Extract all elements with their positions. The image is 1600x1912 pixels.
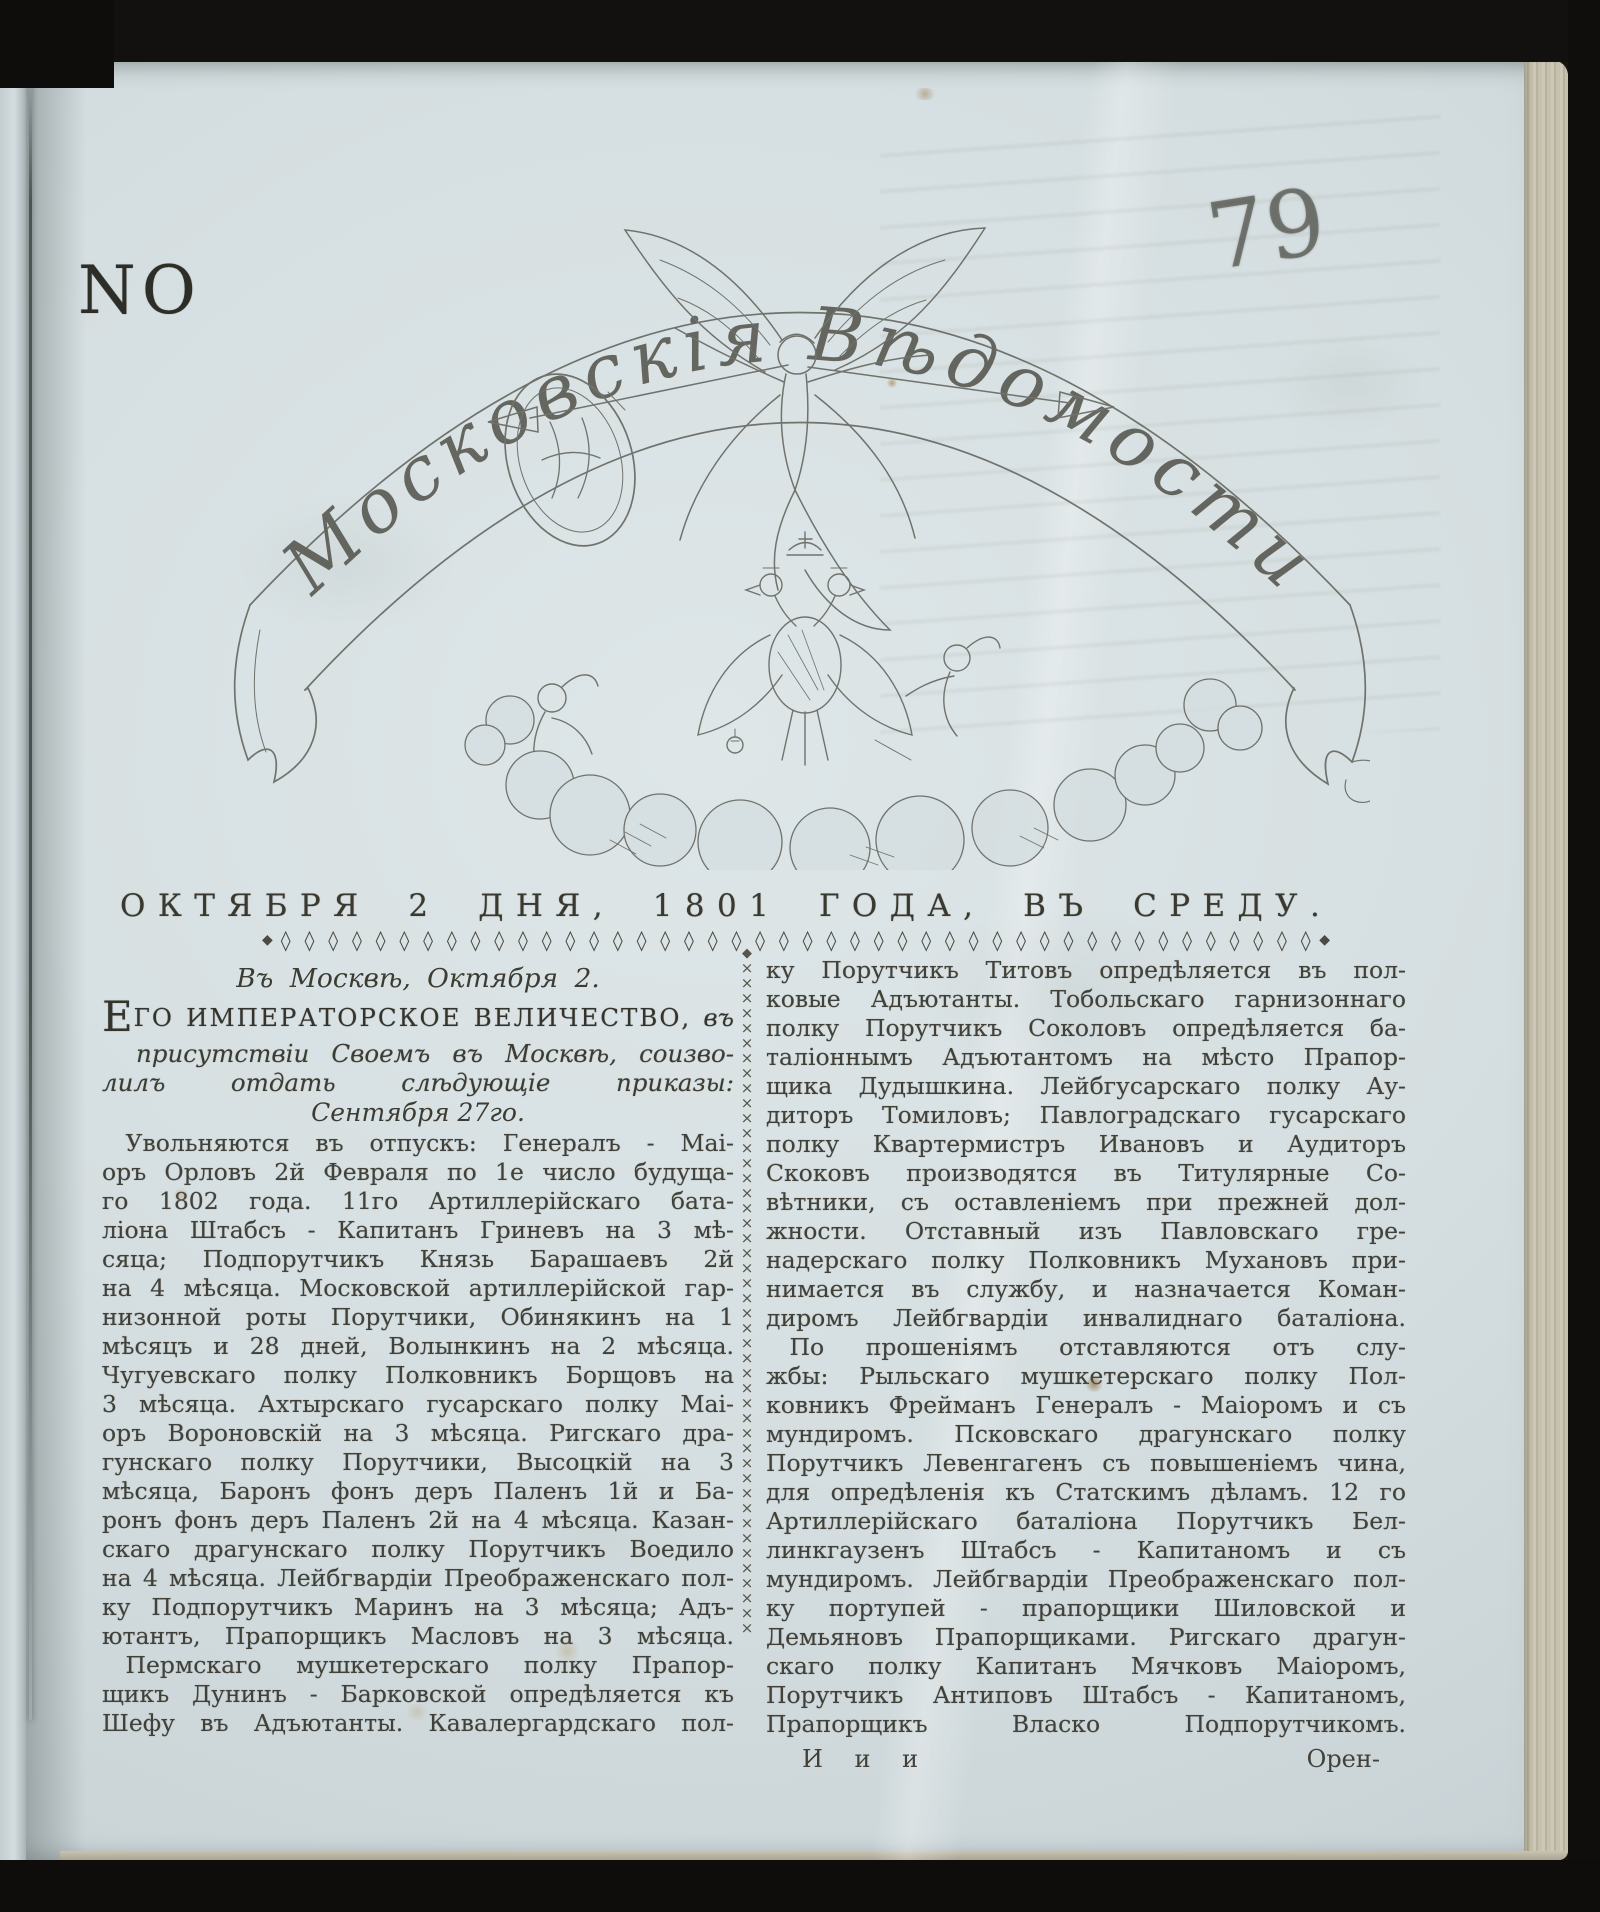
rule-chain: ◊◊◊◊◊◊◊◊◊◊◊◊◊◊◊◊◊◊◊◊◊◊◊◊◊◊◊◊◊◊◊◊◊◊◊◊◊◊◊◊… <box>281 930 1311 950</box>
ornament-glyph: ◊ <box>376 930 386 950</box>
text-line: мундиромъ. Лейбгвардіи Преображенскаго п… <box>766 1565 1406 1594</box>
ornament-glyph: ◊ <box>518 930 528 950</box>
ornament-glyph: ◊ <box>471 930 481 950</box>
text-line: щикъ Дунинъ - Барковской опредѣляется къ <box>102 1680 734 1709</box>
gutter-shadow <box>26 60 86 1860</box>
rule-end-icon: ◆ <box>1319 932 1330 948</box>
ornament-glyph: ◊ <box>708 930 718 950</box>
text-line: вѣтники, съ оставленіемъ при прежней дол… <box>766 1188 1406 1217</box>
text-line: Пермскаго мушкетерскаго полку Прапор- <box>102 1651 734 1680</box>
text-line: Демьяновъ Прапорщиками. Ригскаго драгун- <box>766 1623 1406 1652</box>
text-line: оръ Орловъ 2й Февраля по 1е число будуща… <box>102 1158 734 1187</box>
book-photo: NO 79 Московскія Вѣдомости <box>0 0 1600 1912</box>
text-line: ку Порутчикъ Титовъ опредѣляется въ пол- <box>766 956 1406 985</box>
text-line: ку Подпорутчикъ Маринъ на 3 мѣсяца; Адъ- <box>102 1593 734 1622</box>
ornament-glyph: ◊ <box>542 930 552 950</box>
text-line: оръ Вороновскій на 3 мѣсяца. Ригскаго др… <box>102 1419 734 1448</box>
cherub-right <box>906 637 1000 736</box>
masthead-title-text: Московскія Вѣдомости <box>265 291 1334 611</box>
text-line: диромъ Лейбгвардіи инвалиднаго баталіона… <box>766 1304 1406 1333</box>
page-edge-stack <box>1524 60 1568 1860</box>
local-dateline: Въ Москвѣ, Октября 2. <box>102 962 734 996</box>
left-column-body: Увольняются въ отпускъ: Генералъ - Маі-о… <box>102 1129 734 1738</box>
ornament-glyph: ◊ <box>1158 930 1168 950</box>
ornament-glyph: ◊ <box>565 930 575 950</box>
text-line: на 4 мѣсяца. Лейбгвардіи Преображенскаго… <box>102 1564 734 1593</box>
headline-caps: ГО ИМПЕРАТОРСКОЕ ВЕЛИЧЕСТВО, <box>134 1003 692 1032</box>
right-column-body: ку Порутчикъ Титовъ опредѣляется въ пол-… <box>766 956 1406 1739</box>
page-footer: И и и Орен- <box>766 1745 1406 1773</box>
text-line: ліона Штабсъ - Капитанъ Гриневъ на 3 мѣ- <box>102 1216 734 1245</box>
text-line: лилъ отдать слѣдующіе приказы: <box>102 1068 734 1097</box>
text-line: мѣсяца, Баронъ фонъ деръ Паленъ 1й и Ба- <box>102 1477 734 1506</box>
headline-tail: въ <box>703 1003 734 1032</box>
text-line: присутствіи Своемъ въ Москвѣ, соизво- <box>102 1039 734 1068</box>
text-line: Прапорщикъ Власко Подпорутчикомъ. <box>766 1710 1406 1739</box>
photo-frame-top <box>0 0 1600 62</box>
clouds <box>465 679 1262 870</box>
text-line: ронъ фонъ деръ Паленъ 2й на 4 мѣсяца. Ка… <box>102 1506 734 1535</box>
ornament-glyph: ◊ <box>589 930 599 950</box>
ornament-glyph: ◊ <box>637 930 647 950</box>
ornament-glyph: ◊ <box>992 930 1002 950</box>
text-line: Порутчикъ Антиповъ Штабсъ - Капитаномъ, <box>766 1681 1406 1710</box>
ornament-glyph: ◊ <box>1253 930 1263 950</box>
text-line: полку Квартермистръ Ивановъ и Аудиторъ <box>766 1130 1406 1159</box>
ornament-glyph: ◊ <box>1111 930 1121 950</box>
ornament-glyph: ◊ <box>352 930 362 950</box>
text-line: ку портупей - прапорщики Шиловской и <box>766 1594 1406 1623</box>
text-line: скаго полку Капитанъ Мячковъ Маіоромъ, <box>766 1652 1406 1681</box>
ornament-glyph: ◊ <box>779 930 789 950</box>
proclamation-headline: ЕГО ИМПЕРАТОРСКОЕ ВЕЛИЧЕСТВО, въ <box>102 996 734 1039</box>
text-line: ковникъ Фрейманъ Генералъ - Маіоромъ и с… <box>766 1391 1406 1420</box>
signature-mark: И и и <box>802 1745 930 1773</box>
order-date: Сентября 27го. <box>102 1097 734 1129</box>
photo-frame-corner <box>0 0 114 88</box>
ornament-glyph: ◊ <box>1230 930 1240 950</box>
ornament-glyph: ◊ <box>1087 930 1097 950</box>
text-line: жности. Отставный изъ Павловскаго гре- <box>766 1217 1406 1246</box>
ornament-glyph: ◊ <box>1182 930 1192 950</box>
text-line: ковые Адъютанты. Тобольскаго гарнизоннаг… <box>766 985 1406 1014</box>
adjacent-page-sliver <box>0 60 26 1860</box>
fame-angel-figure <box>488 228 1114 630</box>
ornament-glyph: ◊ <box>423 930 433 950</box>
ornament-glyph: ◊ <box>1064 930 1074 950</box>
ornament-glyph: ◊ <box>328 930 338 950</box>
ornament-glyph: × <box>737 1621 757 1636</box>
text-line: гунскаго полку Порутчики, Высоцкій на 3 <box>102 1448 734 1477</box>
ribbon-tail-left <box>235 605 316 782</box>
text-line: щика Дудышкина. Лейбгусарскаго полку Ау- <box>766 1072 1406 1101</box>
ornament-glyph: ◊ <box>850 930 860 950</box>
text-line: 3 мѣсяца. Ахтырскаго гусарскаго полку Ма… <box>102 1390 734 1419</box>
ornament-glyph: ◊ <box>826 930 836 950</box>
text-line: таліоннымъ Адъютантомъ на мѣсто Прапор- <box>766 1043 1406 1072</box>
ornament-glyph: ◊ <box>305 930 315 950</box>
text-line: Шефу въ Адъютанты. Кавалергардскаго пол- <box>102 1709 734 1738</box>
page-bottom-edge <box>60 1851 1568 1860</box>
text-line: нимается въ службу, и назначается Коман- <box>766 1275 1406 1304</box>
ornament-glyph: ◊ <box>1016 930 1026 950</box>
gutter-crease <box>29 70 32 1720</box>
ornament-glyph: ◊ <box>1277 930 1287 950</box>
text-line: Скоковъ производятся въ Титулярные Со- <box>766 1159 1406 1188</box>
ornament-glyph: ◊ <box>494 930 504 950</box>
text-line: Артиллерійскаго баталіона Порутчикъ Бел- <box>766 1507 1406 1536</box>
ornament-glyph: ◊ <box>1301 930 1311 950</box>
issue-no-label: NO <box>78 252 202 329</box>
text-line: для опредѣленія къ Статскимъ дѣламъ. 12 … <box>766 1478 1406 1507</box>
text-line: жбы: Рыльскаго мушкетерскаго полку Пол- <box>766 1362 1406 1391</box>
text-line: полку Порутчикъ Соколовъ опредѣляется ба… <box>766 1014 1406 1043</box>
ornament-glyph: ◊ <box>613 930 623 950</box>
text-line: го 1802 года. 11го Артиллерійскаго бата- <box>102 1187 734 1216</box>
eagle-wing-right <box>828 635 912 735</box>
text-line: Увольняются въ отпускъ: Генералъ - Маі- <box>102 1129 734 1158</box>
photo-frame-right <box>1568 0 1600 1912</box>
dateline: ОКТЯБРЯ 2 ДНЯ, 1801 ГОДА, ВЪ СРЕДУ. <box>120 886 1320 926</box>
ornament-glyph: ◊ <box>447 930 457 950</box>
ornament-glyph: ◊ <box>969 930 979 950</box>
drop-cap: Е <box>102 992 134 1041</box>
masthead-title: Московскія Вѣдомости <box>265 291 1334 611</box>
ornament-glyph: ◊ <box>803 930 813 950</box>
eagle-wing-left <box>698 635 782 735</box>
ornament-rule: ◆◊◊◊◊◊◊◊◊◊◊◊◊◊◊◊◊◊◊◊◊◊◊◊◊◊◊◊◊◊◊◊◊◊◊◊◊◊◊◊… <box>262 930 1330 950</box>
ornament-glyph: ◊ <box>945 930 955 950</box>
ornament-glyph: ◊ <box>1206 930 1216 950</box>
divider-chain: ××××××××××××××××××××××××××××××××××××××××… <box>737 961 757 1636</box>
text-line: ютантъ, Прапорщикъ Масловъ на 3 мѣсяца. <box>102 1622 734 1651</box>
text-line: линкгаузенъ Штабсъ - Капитаномъ и съ <box>766 1536 1406 1565</box>
left-column: Въ Москвѣ, Октября 2. ЕГО ИМПЕРАТОРСКОЕ … <box>102 962 734 1738</box>
right-column: ку Порутчикъ Титовъ опредѣляется въ пол-… <box>766 956 1406 1773</box>
text-line: По прошеніямъ отставляются отъ слу- <box>766 1333 1406 1362</box>
text-line: сяца; Подпорутчикъ Князь Барашаевъ 2й <box>102 1245 734 1274</box>
text-line: скаго драгунскаго полку Порутчикъ Воедил… <box>102 1535 734 1564</box>
ornament-glyph: ◊ <box>660 930 670 950</box>
text-line: на 4 мѣсяца. Московской артиллерійской г… <box>102 1274 734 1303</box>
text-line: Порутчикъ Левенгагенъ съ повышеніемъ чин… <box>766 1449 1406 1478</box>
ornament-glyph: ◊ <box>921 930 931 950</box>
catchword: Орен- <box>1307 1745 1380 1773</box>
ornament-glyph: ◊ <box>897 930 907 950</box>
text-line: низонной роты Порутчики, Обинякинъ на 1 <box>102 1303 734 1332</box>
text-line: Чугуевскаго полку Полковникъ Борщовъ на <box>102 1361 734 1390</box>
ornament-glyph: ◊ <box>684 930 694 950</box>
ornament-glyph: ◊ <box>399 930 409 950</box>
column-divider: ◆ ××××××××××××××××××××××××××××××××××××××… <box>737 946 757 1636</box>
text-line: надерскаго полку Полковникъ Мухановъ при… <box>766 1246 1406 1275</box>
masthead-engraving: Московскія Вѣдомости <box>230 160 1370 870</box>
ornament-glyph: ◊ <box>1040 930 1050 950</box>
proclamation-intro: присутствіи Своемъ въ Москвѣ, соизво-лил… <box>102 1039 734 1097</box>
text-line: мѣсяцъ и 28 дней, Волынкинъ на 2 мѣсяца. <box>102 1332 734 1361</box>
rule-end-icon: ◆ <box>262 932 273 948</box>
ornament-glyph: ◊ <box>874 930 884 950</box>
photo-frame-bottom <box>0 1860 1600 1912</box>
ornament-glyph: ◊ <box>281 930 291 950</box>
ribbon-tail-right <box>1286 605 1365 784</box>
double-headed-eagle <box>698 532 912 765</box>
text-line: диторъ Томиловъ; Павлоградскаго гусарска… <box>766 1101 1406 1130</box>
text-line: мундиромъ. Псковскаго драгунскаго полку <box>766 1420 1406 1449</box>
ornament-glyph: ◊ <box>1135 930 1145 950</box>
